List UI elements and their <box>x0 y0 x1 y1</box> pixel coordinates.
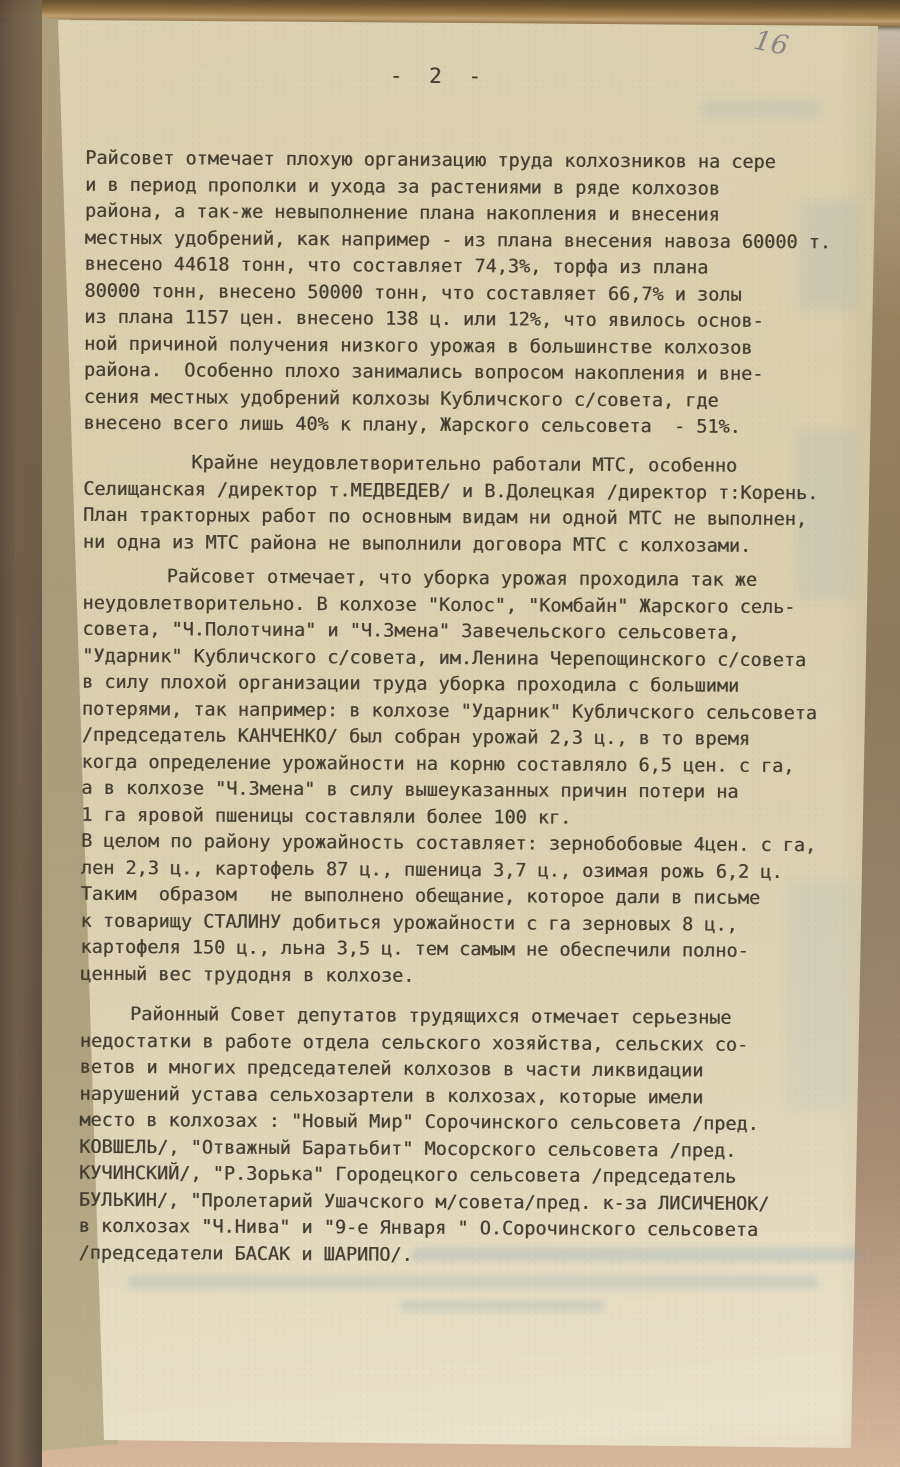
book-gutter-shadow <box>0 0 42 1467</box>
typed-page-number: - 2 - <box>390 64 488 89</box>
paragraph: Районный Совет депутатов трудящихся отме… <box>79 1002 771 1271</box>
text-line: а в колхозе "Ч.Змена" в силу вышеуказанн… <box>81 776 816 807</box>
text-line: Районный Совет депутатов трудящихся отме… <box>80 1002 771 1033</box>
paragraph: Крайне неудовлетворительно работали МТС,… <box>83 450 819 560</box>
text-line: нарушений устава сельхозартели в колхоза… <box>80 1081 771 1112</box>
text-line: недостатки в работе отдела сельского хоз… <box>80 1028 771 1059</box>
text-line: ни одна из МТС района не выполнили догов… <box>83 529 818 560</box>
typed-text-layer: - 2 - 16 Райсовет отмечает плохую органи… <box>0 0 900 1467</box>
text-line: внесено всего лишь 40% к плану, Жарского… <box>84 411 830 442</box>
text-line: место в колхозах : "Новый Мир" Сорочинск… <box>79 1108 770 1139</box>
paragraph: Райсовет отмечает плохую организацию тру… <box>84 146 832 442</box>
text-line: картофеля 150 ц., льна 3,5 ц. тем самым … <box>80 935 815 966</box>
text-line: Райсовет отмечает плохую организацию тру… <box>85 146 831 177</box>
text-line: Райсовет отмечает, что уборка урожая про… <box>83 564 818 595</box>
text-line: В целом по району урожайность составляет… <box>81 829 816 860</box>
text-line: совета, "Ч.Полотчина" и "Ч.Змена" Завече… <box>82 617 817 648</box>
handwritten-folio-number: 16 <box>751 25 791 62</box>
text-line: ценный вес трудодня в колхозе. <box>80 961 815 992</box>
text-line: района. Особенно плохо занимались вопрос… <box>84 358 830 389</box>
text-line: /председатели БАСАК и ШАРИПО/. <box>79 1240 770 1271</box>
text-line: района, а так-же невыполнение плана нако… <box>85 199 831 230</box>
text-line: ветов и многих председателей колхозов в … <box>80 1055 771 1086</box>
text-line: План тракторных работ по основным видам … <box>83 503 818 534</box>
text-line: внесено 44618 тонн, что составляет 74,3%… <box>85 252 831 283</box>
text-line: из плана 1157 цен. внесено 138 ц. или 12… <box>84 305 830 336</box>
text-line: в силу плохой организации труда уборка п… <box>82 670 817 701</box>
text-line: КОВШЕЛЬ/, "Отважный Баратьбит" Мосорског… <box>79 1134 770 1165</box>
text-line: Крайне неудовлетворительно работали МТС,… <box>83 450 818 481</box>
text-line: БУЛЬКИН/, "Пролетарий Ушачского м/совета… <box>79 1187 770 1218</box>
paragraph: Райсовет отмечает, что уборка урожая про… <box>80 564 818 992</box>
text-line: в колхозах "Ч.Нива" и "9-е Января " О.Со… <box>79 1214 770 1245</box>
text-line: Таким образом не выполнено обещание, кот… <box>81 882 816 913</box>
text-line: /председатель КАНЧЕНКО/ был собран урожа… <box>82 723 817 754</box>
scanned-document-photo: - 2 - 16 Райсовет отмечает плохую органи… <box>0 0 900 1467</box>
text-line: КУЧИНСКИЙ/, "Р.Зорька" Городецкого сельс… <box>79 1161 770 1192</box>
